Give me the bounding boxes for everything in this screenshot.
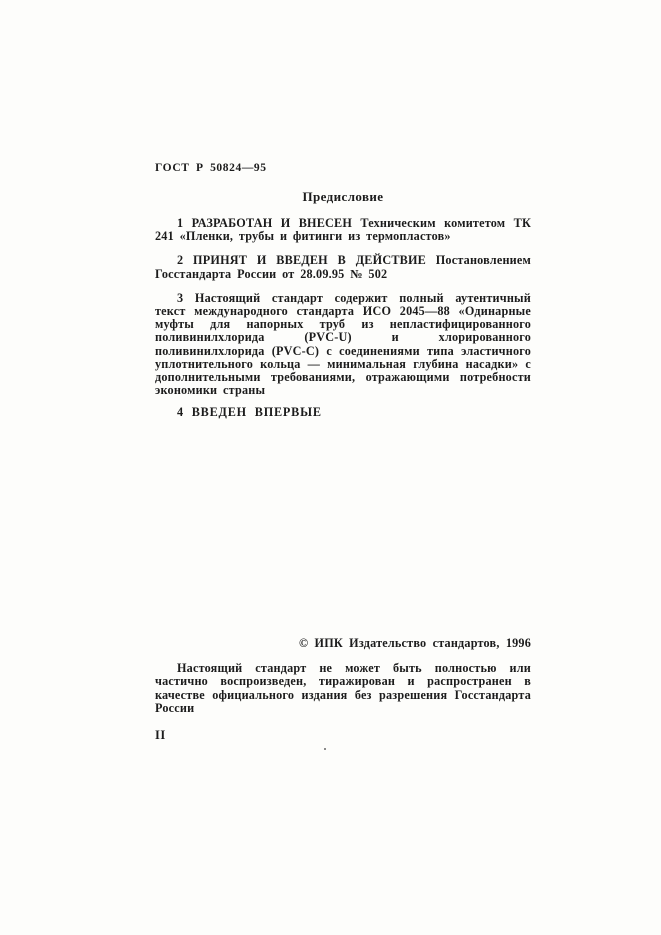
document-page: ГОСТ Р 50824—95 Предисловие 1 РАЗРАБОТАН…: [0, 0, 661, 935]
standard-designation: ГОСТ Р 50824—95: [155, 162, 531, 175]
foreword-paragraph-4: 4 ВВЕДЕН ВПЕРВЫЕ: [155, 406, 531, 419]
legal-notice: Настоящий стандарт не может быть полност…: [155, 662, 531, 716]
page-number: II: [155, 729, 531, 742]
copyright-line: © ИПК Издательство стандартов, 1996: [155, 637, 531, 650]
page-title: Предисловие: [155, 190, 531, 203]
scan-artifact-dot: [324, 748, 326, 750]
document-content: ГОСТ Р 50824—95 Предисловие 1 РАЗРАБОТАН…: [155, 162, 531, 742]
foreword-paragraph-1: 1 РАЗРАБОТАН И ВНЕСЕН Техническим комите…: [155, 217, 531, 243]
foreword-paragraph-3: 3 Настоящий стандарт содержит полный аут…: [155, 292, 531, 398]
foreword-paragraph-2: 2 ПРИНЯТ И ВВЕДЕН В ДЕЙСТВИЕ Постановлен…: [155, 254, 531, 280]
